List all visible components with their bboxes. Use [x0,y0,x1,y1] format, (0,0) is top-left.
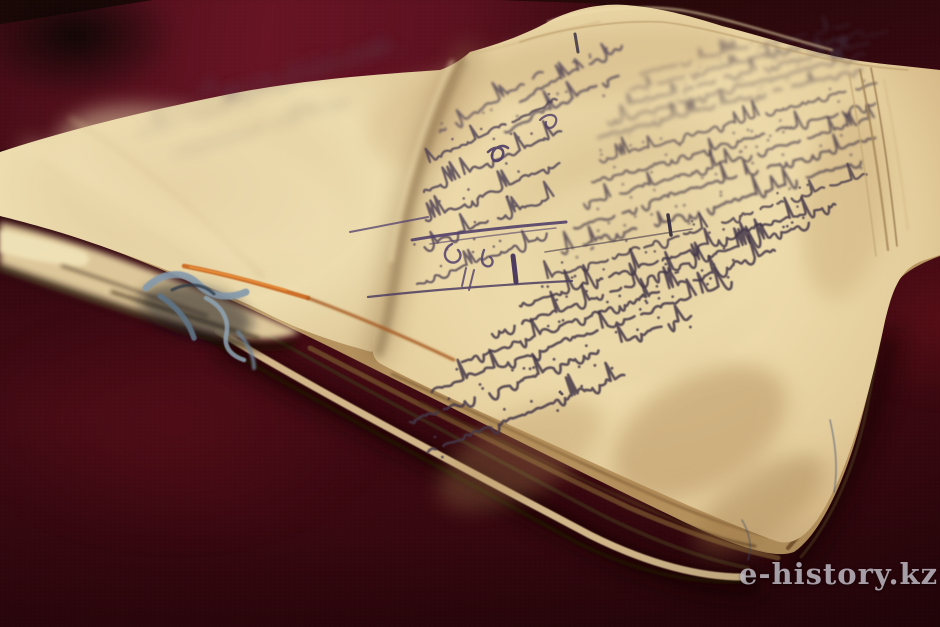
watermark-text: e-history.kz [739,557,938,591]
ink-mark-bold-vertical-stroke [513,256,516,282]
ink-mark-period-dot [560,392,562,394]
book-scene [0,0,940,627]
manuscript-photo: e-history.kz [0,0,940,627]
